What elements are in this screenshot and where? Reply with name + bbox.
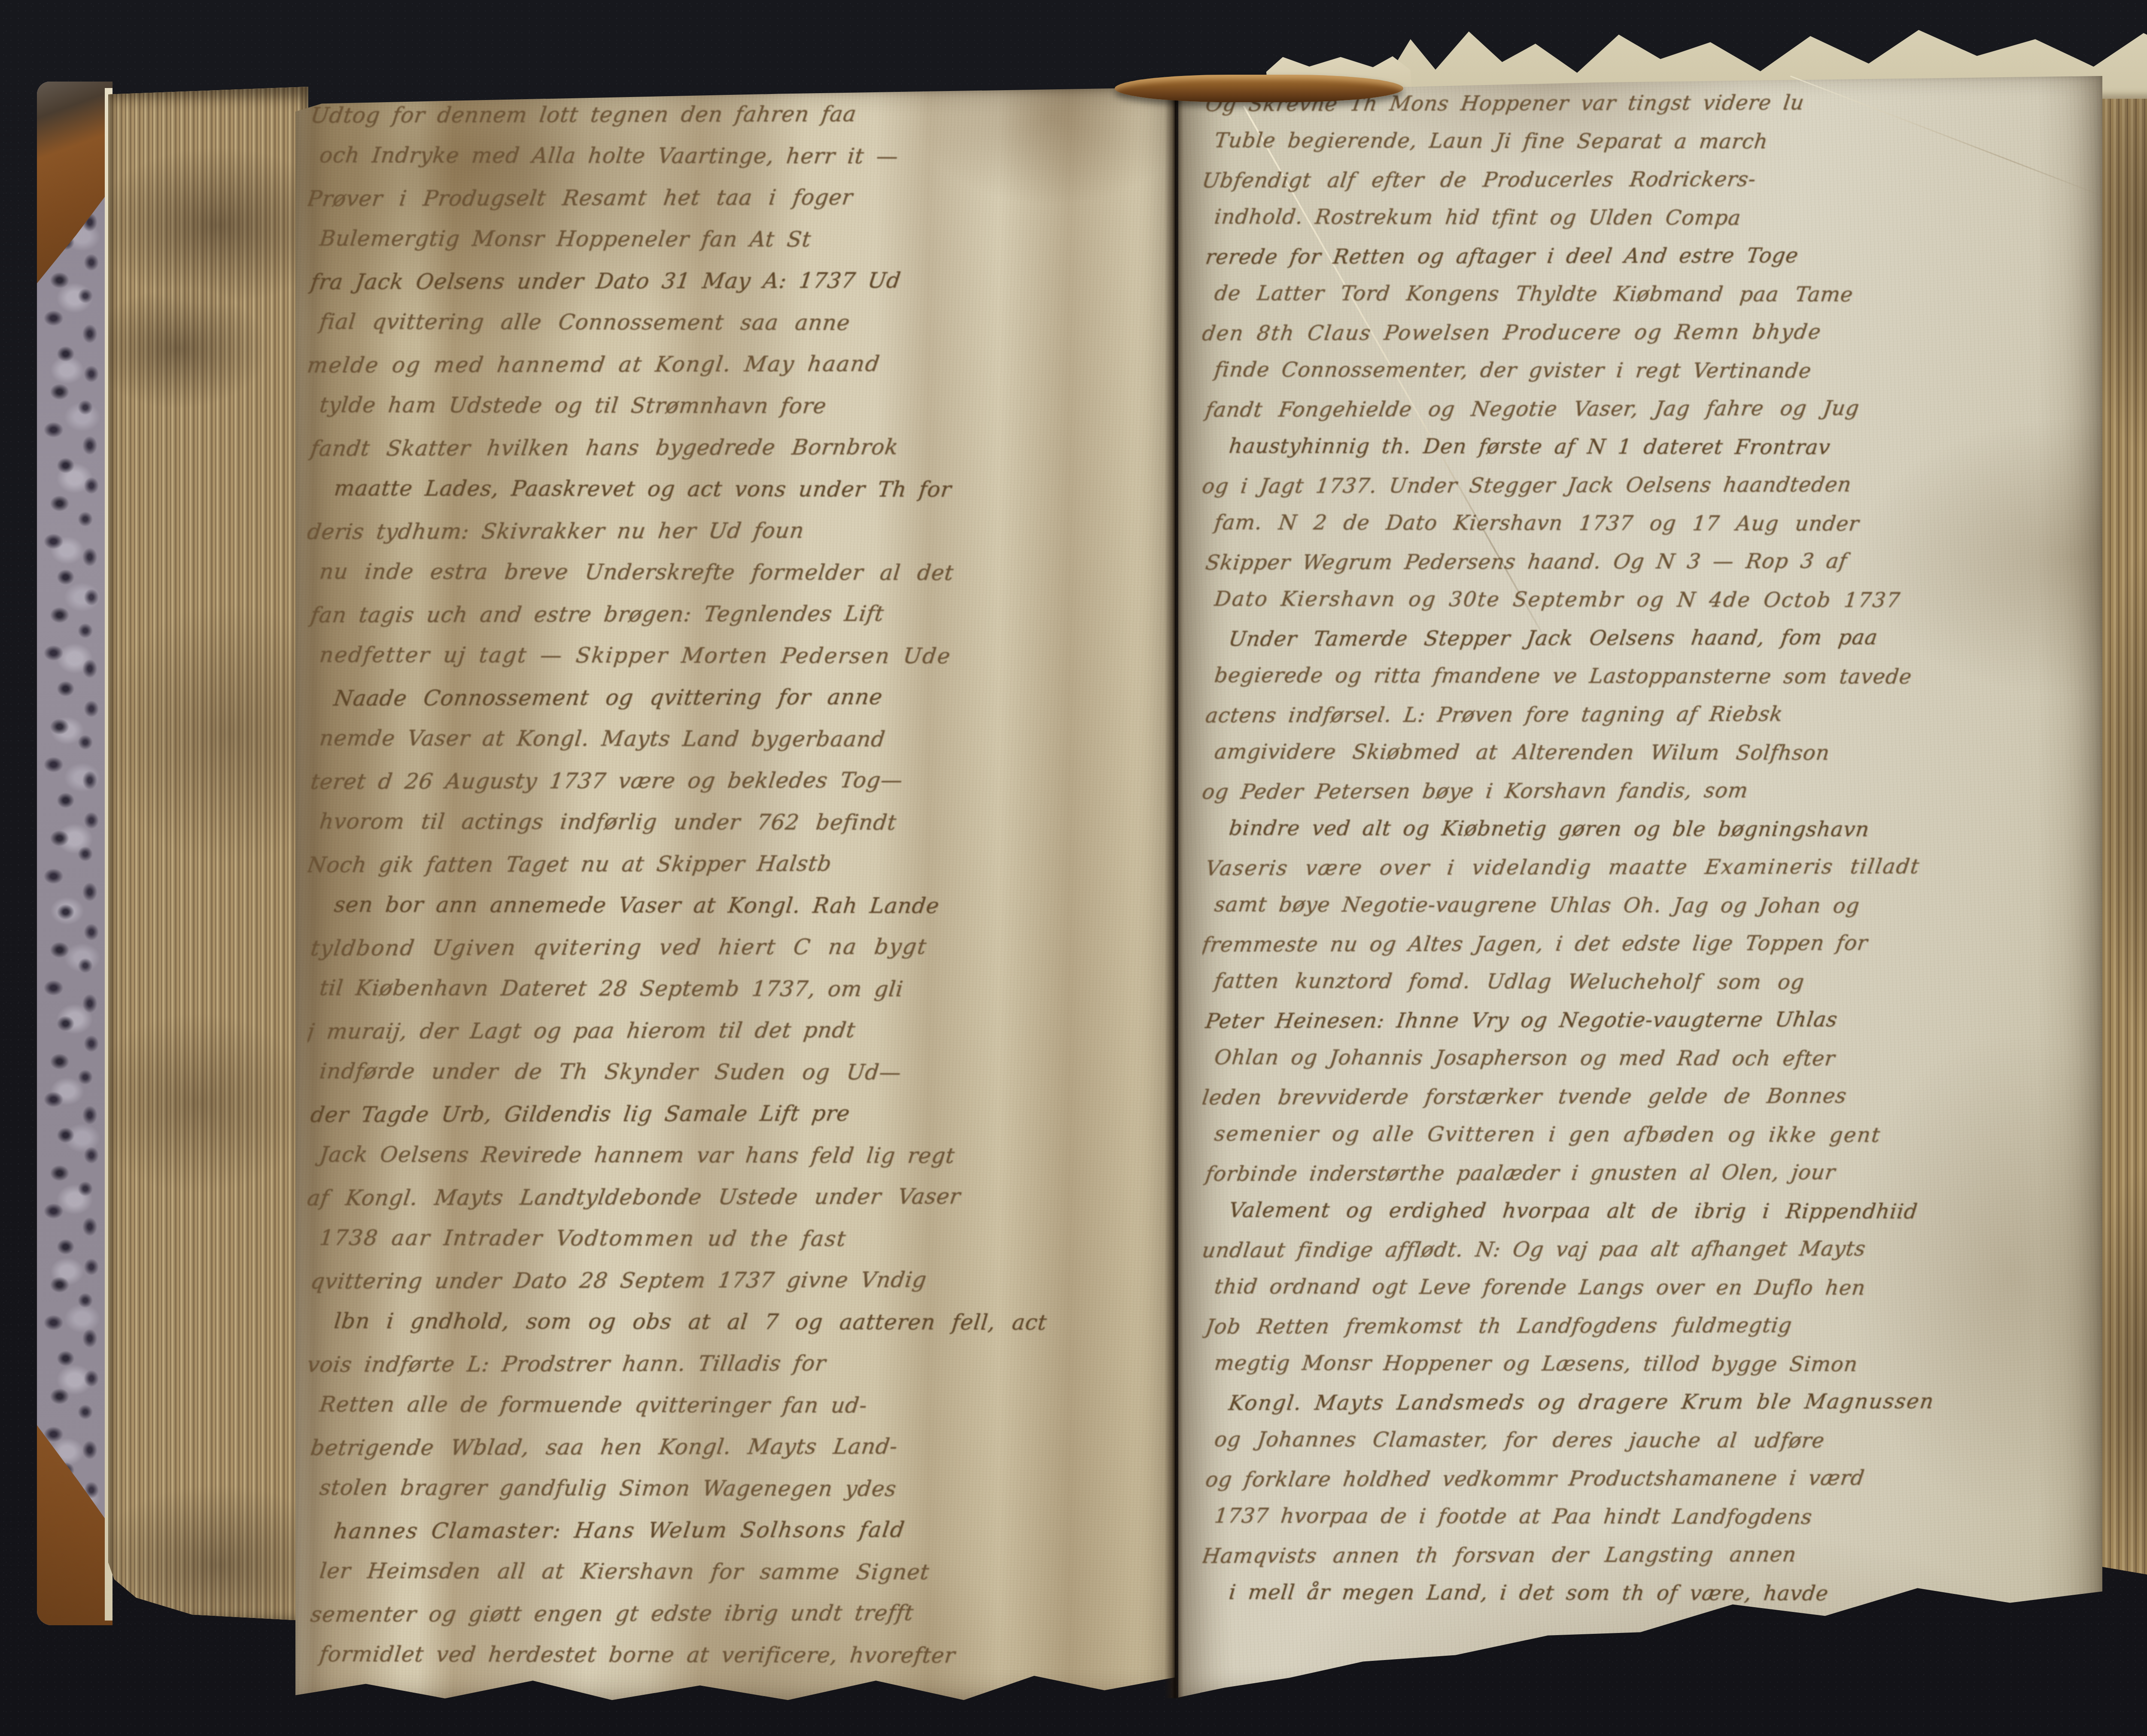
manuscript-line: teret d 26 Augusty 1737 være og bekledes… <box>308 759 1163 802</box>
manuscript-line: deris tydhum: Skivrakker nu her Ud foun <box>307 509 1163 552</box>
manuscript-line: og i Jagt 1737. Under Stegger Jack Oelse… <box>1202 465 2083 505</box>
manuscript-line: maatte Lades, Paaskrevet og act vons und… <box>332 467 1163 511</box>
manuscript-line: vois indførte L: Prodstrer hann. Tilladi… <box>307 1341 1163 1385</box>
manuscript-line: Valement og erdighed hvorpaa alt de ibri… <box>1227 1191 2083 1231</box>
manuscript-line: og Peder Petersen bøye i Korshavn fandis… <box>1202 771 2083 811</box>
manuscript-line: Vaseris være over i videlandig maatte Ex… <box>1203 847 2083 887</box>
manuscript-line: og Johannes Clamaster, for deres jauche … <box>1212 1420 2083 1460</box>
manuscript-line: begierede og ritta fmandene ve Lastoppan… <box>1212 656 2083 696</box>
manuscript-line: nedfetter uj tagt — Skipper Morten Peder… <box>317 634 1163 677</box>
manuscript-line: actens indførsel. L: Prøven fore tagning… <box>1203 694 2083 734</box>
manuscript-line: fandt Skatter hvilken hans bygedrede Bor… <box>308 425 1163 469</box>
manuscript-line: semenier og alle Gvitteren i gen afbøden… <box>1212 1115 2083 1155</box>
manuscript-line: forbinde inderstørthe paalæder i gnusten… <box>1203 1153 2083 1193</box>
manuscript-line: rerede for Retten og aftager i deel And … <box>1203 236 2083 276</box>
manuscript-line: i mell år megen Land, i det som th of væ… <box>1227 1573 2083 1613</box>
manuscript-line: samt bøye Negotie-vaugrene Uhlas Oh. Jag… <box>1212 886 2083 926</box>
manuscript-line: indførde under de Th Skynder Suden og Ud… <box>317 1050 1163 1094</box>
manuscript-line: och Indryke med Alla holte Vaartinge, he… <box>317 134 1163 178</box>
manuscript-line: nemde Vaser at Kongl. Mayts Land bygerba… <box>317 717 1163 761</box>
left-fore-edge-stack <box>108 87 308 1627</box>
manuscript-line: fam. N 2 de Dato Kiershavn 1737 og 17 Au… <box>1212 504 2083 543</box>
manuscript-line: af Kongl. Mayts Landtyldebonde Ustede un… <box>307 1175 1163 1219</box>
photo-backdrop: RadiCommrsssen,diu.ninghun a forth:f 35s… <box>0 0 2147 1736</box>
manuscript-line: den 8th Claus Powelsen Producere og Remn… <box>1202 312 2083 352</box>
manuscript-line: formidlet ved herdestet borne at verific… <box>317 1633 1163 1677</box>
book-cover-board <box>37 82 113 1625</box>
manuscript-line: betrigende Wblad, saa hen Kongl. Mayts L… <box>308 1425 1163 1469</box>
manuscript-line: Bulemergtig Monsr Hoppeneler fan At St <box>317 218 1163 261</box>
manuscript-line: leden brevviderde forstærker tvende geld… <box>1202 1076 2083 1117</box>
manuscript-line: og forklare holdhed vedkommr Productsham… <box>1203 1458 2083 1499</box>
manuscript-line: fial qvittering alle Connossement saa an… <box>317 301 1163 344</box>
manuscript-line: de Latter Tord Kongens Thyldte Kiøbmand … <box>1212 274 2083 314</box>
manuscript-line: fremmeste nu og Altes Jagen, i det edste… <box>1202 923 2083 964</box>
manuscript-line: thid ordnand ogt Leve forende Langs over… <box>1212 1268 2083 1308</box>
manuscript-line: fatten kunztord fomd. Udlag Welucheholf … <box>1212 962 2083 1002</box>
manuscript-line: 1737 hvorpaa de i footde at Paa hindt La… <box>1212 1497 2083 1537</box>
manuscript-line: melde og med hannemd at Kongl. May haand <box>307 342 1163 386</box>
manuscript-line: Retten alle de formuende qvitteringer fa… <box>317 1384 1163 1427</box>
manuscript-line: Udtog for dennem lott tegnen den fahren … <box>308 94 1163 137</box>
right-fore-edge-stack <box>2096 57 2147 1593</box>
manuscript-line: Dato Kiershavn og 30te Septembr og N 4de… <box>1212 580 2083 620</box>
manuscript-line: Peter Heinesen: Ihnne Vry og Negotie-vau… <box>1203 1000 2083 1040</box>
manuscript-line: Hamqvists annen th forsvan der Langsting… <box>1202 1535 2083 1575</box>
manuscript-line: undlaut findige afflødt. N: Og vaj paa a… <box>1202 1229 2083 1269</box>
manuscript-line: Prøver i Produgselt Resamt het taa i fog… <box>307 176 1163 219</box>
manuscript-line: Naade Connossement og qvittering for ann… <box>331 675 1163 719</box>
manuscript-line: fra Jack Oelsens under Dato 31 May A: 17… <box>308 259 1163 303</box>
manuscript-line: Skipper Wegrum Pedersens haand. Og N 3 —… <box>1203 541 2083 582</box>
manuscript-line: ler Heimsden all at Kiershavn for samme … <box>317 1550 1163 1593</box>
manuscript-line: fan tagis uch and estre brøgen: Tegnlend… <box>308 592 1163 636</box>
manuscript-line: j muraij, der Lagt og paa hierom til det… <box>307 1008 1163 1052</box>
manuscript-line: hannes Clamaster: Hans Welum Solhsons fa… <box>331 1508 1163 1552</box>
left-page-manuscript-text: Udtog for dennem lott tegnen den fahren … <box>307 94 1163 1678</box>
manuscript-line: haustyhinnig th. Den første af N 1 dater… <box>1227 427 2083 467</box>
manuscript-line: Job Retten fremkomst th Landfogdens fuld… <box>1203 1305 2083 1346</box>
manuscript-line: qvittering under Dato 28 Septem 1737 giv… <box>308 1258 1163 1302</box>
manuscript-line: Ohlan og Johannis Josapherson og med Rad… <box>1212 1038 2083 1078</box>
leather-headcap <box>1115 75 1403 102</box>
manuscript-line: til Kiøbenhavn Dateret 28 Septemb 1737, … <box>317 967 1163 1011</box>
manuscript-line: finde Connossementer, der gvister i regt… <box>1212 351 2083 391</box>
manuscript-line: tylde ham Udstede og til Strømnhavn fore <box>317 384 1163 428</box>
manuscript-line: tyldbond Ugiven qvitering ved hiert C na… <box>308 925 1163 969</box>
manuscript-line: Tuble begierende, Laun Ji fine Separat a… <box>1212 121 2083 161</box>
manuscript-line: Noch gik fatten Taget nu at Skipper Hals… <box>307 842 1163 886</box>
manuscript-line: megtig Monsr Hoppener og Læsens, tillod … <box>1212 1344 2083 1384</box>
manuscript-line: hvorom til actings indførlig under 762 b… <box>317 801 1163 844</box>
manuscript-line: sen bor ann annemede Vaser at Kongl. Rah… <box>332 884 1163 927</box>
manuscript-line: Kongl. Mayts Landsmeds og dragere Krum b… <box>1226 1382 2083 1422</box>
manuscript-line: Ubfendigt alf efter de Producerles Rodri… <box>1202 159 2083 200</box>
manuscript-line: 1738 aar Intrader Vodtommen ud the fast <box>317 1217 1163 1260</box>
right-page-manuscript-text: Og Skrevne Th Mons Hoppener var tingst v… <box>1202 84 2083 1623</box>
manuscript-line: sementer og giøtt engen gt edste ibrig u… <box>308 1591 1163 1635</box>
manuscript-line: lbn i gndhold, som og obs at al 7 og aat… <box>332 1300 1163 1344</box>
manuscript-line: Under Tamerde Stepper Jack Oelsens haand… <box>1226 618 2083 658</box>
manuscript-line: nu inde estra breve Underskrefte formeld… <box>317 551 1163 594</box>
manuscript-line: fandt Fongehielde og Negotie Vaser, Jag … <box>1203 388 2083 429</box>
manuscript-line: stolen bragrer gandfulig Simon Wagenegen… <box>317 1467 1163 1510</box>
manuscript-line: amgividere Skiøbmed at Alterenden Wilum … <box>1212 733 2083 773</box>
manuscript-line: bindre ved alt og Kiøbnetig gøren og ble… <box>1227 809 2083 849</box>
manuscript-line: indhold. Rostrekum hid tfint og Ulden Co… <box>1212 198 2083 238</box>
gutter-shadow <box>1165 84 1183 1698</box>
manuscript-line: Jack Oelsens Revirede hannem var hans fe… <box>317 1134 1163 1177</box>
manuscript-line: der Tagde Urb, Gildendis lig Samale Lift… <box>308 1092 1163 1135</box>
